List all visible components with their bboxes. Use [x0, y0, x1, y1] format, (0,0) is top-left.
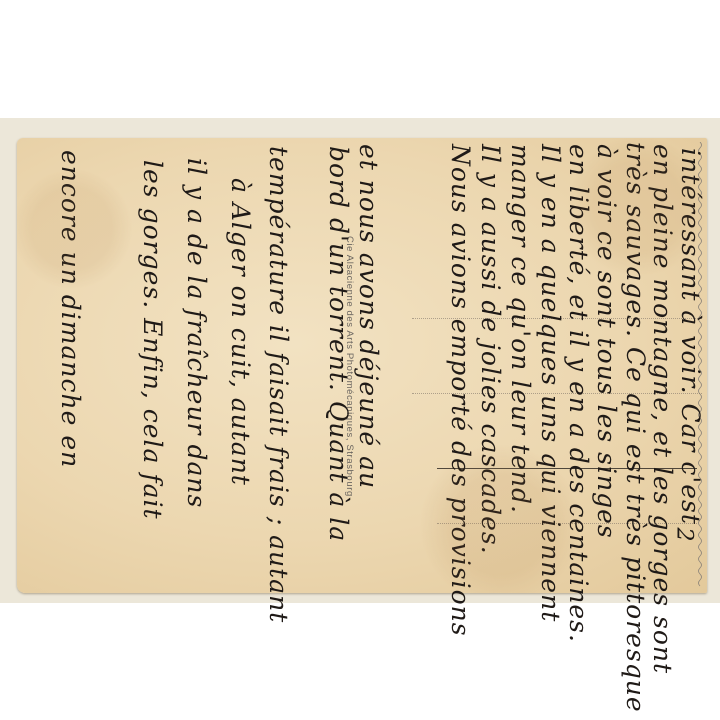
handwritten-line: les gorges. Enfin, cela fait	[138, 160, 167, 520]
handwritten-line: intéressant à voir. Car c'est	[676, 148, 705, 525]
handwritten-line: en liberté, et il y en a des centaines.	[564, 144, 593, 643]
handwritten-line: il y a de la fraîcheur dans	[182, 158, 211, 508]
page-number: 2	[672, 528, 697, 542]
handwritten-line: Il y en a quelques uns qui viennent	[536, 144, 565, 622]
handwritten-line: Nous avions emporté des provisions	[446, 144, 475, 637]
handwritten-line: bord d'un torrent. Quant à la	[324, 146, 353, 542]
handwritten-line: encore un dimanche en	[56, 150, 85, 468]
handwritten-line: à voir ce sont tous les singes	[592, 144, 621, 539]
handwritten-line: et nous avons déjeuné au	[354, 144, 383, 489]
handwritten-line: Il y a aussi de jolies cascades.	[476, 144, 505, 555]
postcard: Cie Alsacienne des Arts Photomécaniques,…	[17, 138, 707, 593]
handwritten-line: en pleine montagne, et les gorges sont	[648, 144, 677, 674]
handwritten-line: très sauvages. Ce qui est très pittoresq…	[621, 142, 650, 713]
handwritten-line: à Alger on cuit, autant	[226, 178, 255, 486]
handwritten-line: température il faisait frais ; autant	[264, 146, 293, 623]
handwritten-line: manger ce qu'on leur tend.	[506, 144, 535, 514]
